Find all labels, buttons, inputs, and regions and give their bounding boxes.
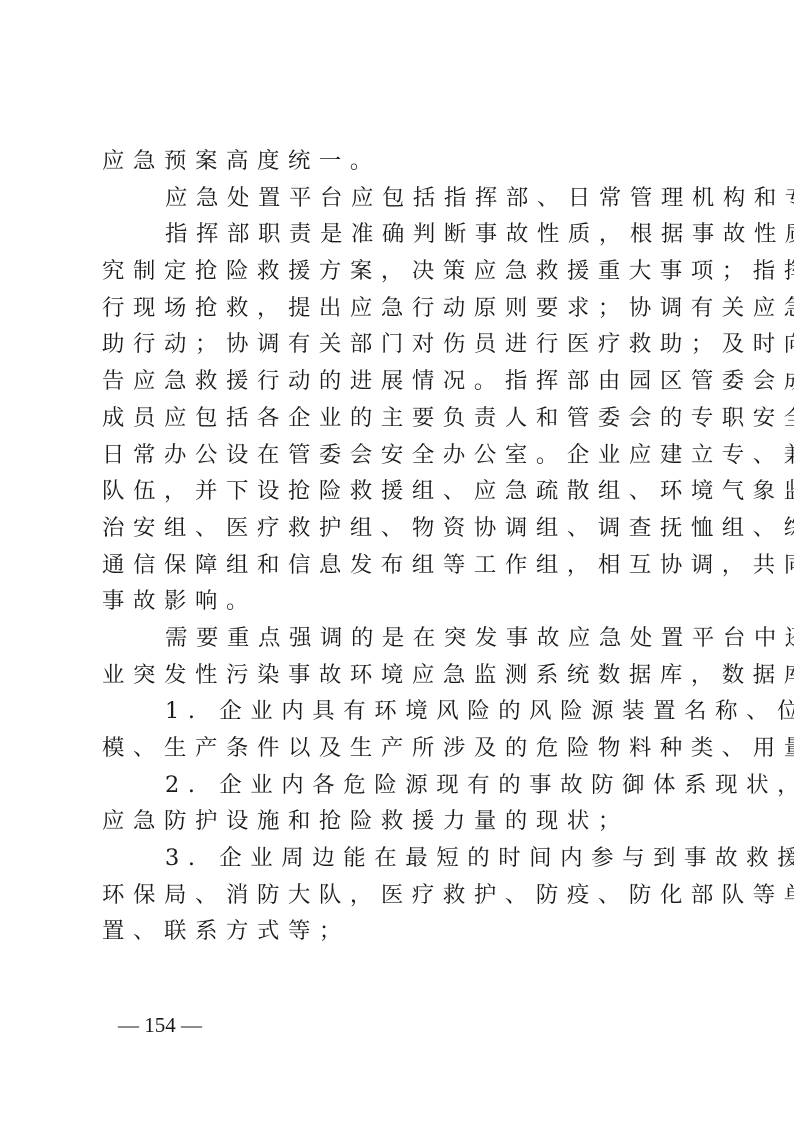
text-line: 应急处置平台应包括指挥部、日常管理机构和专家组。其中： [102,180,700,217]
text-line: 环保局、消防大队，医疗救护、防疫、防化部队等单位的地理位 [102,877,700,914]
text-line: 告应急救援行动的进展情况。指挥部由园区管委会成立，指挥部 [102,363,700,400]
text-line: 行现场抢救，提出应急行动原则要求；协调有关应急力量实施救 [102,290,700,327]
text-line: 模、生产条件以及生产所涉及的危险物料种类、用量等信息； [102,730,700,767]
text-line: 需要重点强调的是在突发事故应急处置平台中还应建立企 [102,620,700,657]
text-line: 队伍，并下设抢险救援组、应急疏散组、环境气象监测组、交通 [102,473,700,510]
list-item-3: 3. 企业周边能在最短的时间内参与到事故救援的单位，如 [102,840,700,877]
text-line: 通信保障组和信息发布组等工作组，相互协调，共同应对，降低 [102,547,700,584]
text-line: 治安组、医疗救护组、物资协调组、调查抚恤组、综合接待组、 [102,510,700,547]
page-number: — 154 — [118,1013,202,1038]
list-item-2: 2. 企业内各危险源现有的事故防御体系现状，包括现有的 [102,767,700,804]
text-line: 事故影响。 [102,583,700,620]
text-line: 日常办公设在管委会安全办公室。企业应建立专、兼职应急救援 [102,437,700,474]
list-item-1: 1. 企业内具有环境风险的风险源装置名称、位置、生产规 [102,693,700,730]
text-line: 业突发性污染事故环境应急监测系统数据库，数据库资源包括： [102,657,700,694]
text-line: 应急防护设施和抢险救援力量的现状； [102,803,700,840]
body-text: 应急预案高度统一。 应急处置平台应包括指挥部、日常管理机构和专家组。其中： 指挥… [102,143,700,950]
text-line: 指挥部职责是准确判断事故性质，根据事故性质组织专家研 [102,216,700,253]
text-line: 置、联系方式等； [102,913,700,950]
document-page: 应急预案高度统一。 应急处置平台应包括指挥部、日常管理机构和专家组。其中： 指挥… [0,0,794,1122]
text-line: 究制定抢险救援方案，决策应急救援重大事项；指挥应急队伍进 [102,253,700,290]
text-line: 助行动；协调有关部门对伤员进行医疗救助；及时向当地政府报 [102,326,700,363]
text-line: 成员应包括各企业的主要负责人和管委会的专职安全管理干部。 [102,400,700,437]
text-line: 应急预案高度统一。 [102,143,700,180]
